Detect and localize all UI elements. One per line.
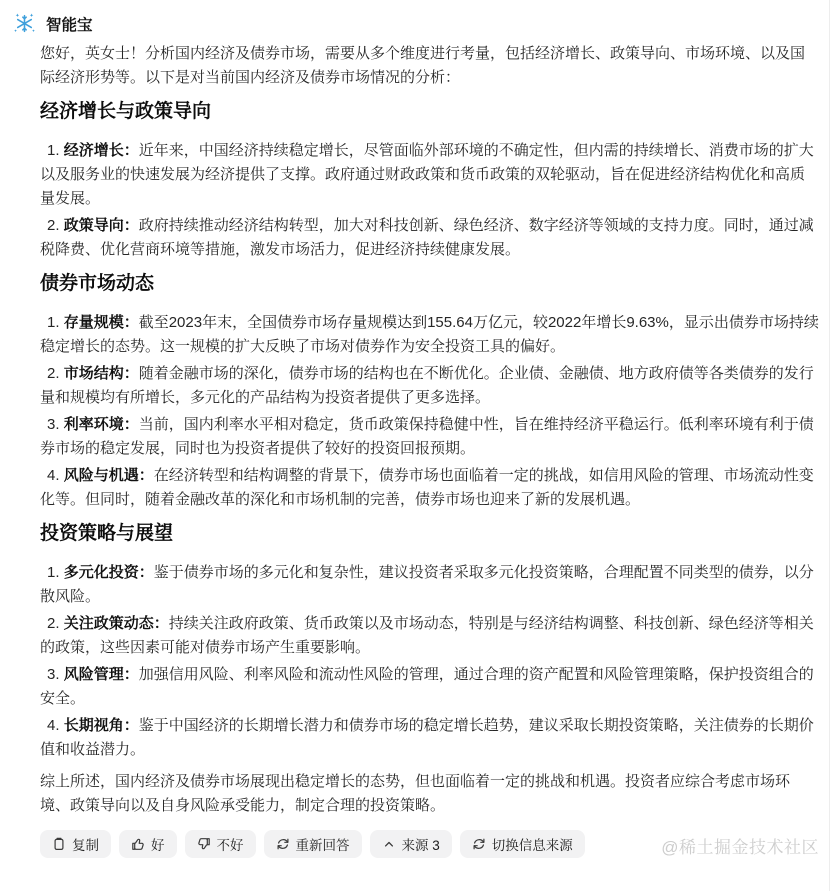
- list-item: 2. 政策导向：政府持续推动经济结构转型，加大对科技创新、绿色经济、数字经济等领…: [40, 214, 819, 262]
- section-heading-strategy: 投资策略与展望: [40, 521, 819, 546]
- list-item: 4. 长期视角：鉴于中国经济的长期增长潜力和债券市场的稳定增长趋势，建议采取长期…: [40, 714, 819, 762]
- copy-icon: [52, 837, 66, 851]
- section-heading-economy: 经济增长与政策导向: [40, 99, 819, 124]
- assistant-name: 智能宝: [46, 13, 93, 35]
- thumbs-up-icon: [131, 837, 145, 851]
- list-item: 3. 风险管理：加强信用风险、利率风险和流动性风险的管理，通过合理的资产配置和风…: [40, 663, 819, 711]
- list-item: 1. 经济增长：近年来，中国经济持续稳定增长，尽管面临外部环境的不确定性，但内需…: [40, 139, 819, 211]
- regenerate-icon: [276, 837, 290, 851]
- list-item: 2. 市场结构：随着金融市场的深化，债券市场的结构也在不断优化。企业债、金融债、…: [40, 362, 819, 410]
- assistant-message: 您好，英女士！分析国内经济及债券市场，需要从多个维度进行考量，包括经济增长、政策…: [0, 42, 829, 818]
- switch-source-icon: [472, 837, 486, 851]
- intro-paragraph: 您好，英女士！分析国内经济及债券市场，需要从多个维度进行考量，包括经济增长、政策…: [40, 42, 819, 90]
- switch-source-button[interactable]: 切换信息来源: [460, 830, 585, 858]
- dislike-button[interactable]: 不好: [185, 830, 256, 858]
- list-item: 1. 多元化投资：鉴于债券市场的多元化和复杂性，建议投资者采取多元化投资策略，合…: [40, 561, 819, 609]
- thumbs-down-icon: [197, 837, 211, 851]
- conclusion-paragraph: 综上所述，国内经济及债券市场展现出稳定增长的态势，但也面临着一定的挑战和机遇。投…: [40, 770, 819, 818]
- message-toolbar: 复制 好 不好: [0, 821, 829, 858]
- snowflake-logo-icon: [12, 11, 37, 36]
- copy-button[interactable]: 复制: [40, 830, 111, 858]
- list-item: 4. 风险与机遇：在经济转型和结构调整的背景下，债券市场也面临着一定的挑战，如信…: [40, 464, 819, 512]
- regenerate-button[interactable]: 重新回答: [264, 830, 362, 858]
- sources-button[interactable]: 来源 3: [370, 830, 452, 858]
- list-item: 2. 关注政策动态：持续关注政府政策、货币政策以及市场动态，特别是与经济结构调整…: [40, 612, 819, 660]
- list-item: 1. 存量规模：截至2023年末，全国债券市场存量规模达到155.64万亿元，较…: [40, 311, 819, 359]
- chevron-up-icon: [382, 837, 396, 851]
- list-item: 3. 利率环境：当前，国内利率水平相对稳定，货币政策保持稳健中性，旨在维持经济平…: [40, 413, 819, 461]
- watermark: @稀土掘金技术社区: [661, 829, 819, 858]
- section-heading-bond-market: 债券市场动态: [40, 271, 819, 296]
- assistant-header: 智能宝: [0, 0, 829, 36]
- like-button[interactable]: 好: [119, 830, 177, 858]
